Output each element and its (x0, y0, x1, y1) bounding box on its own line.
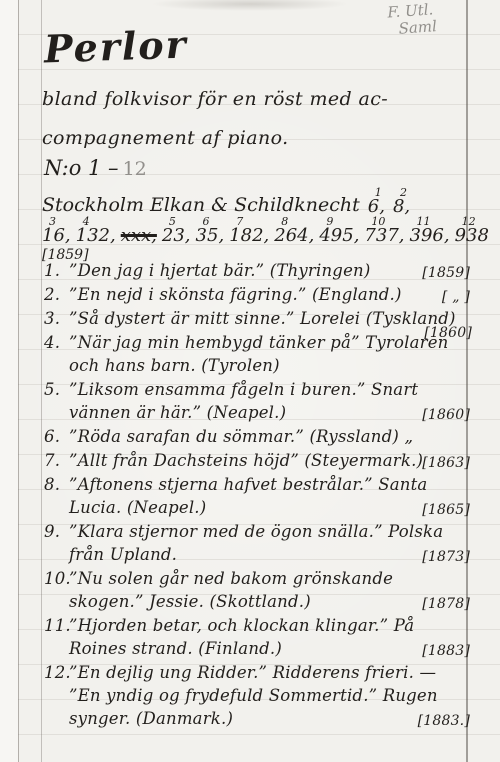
plate-number-value: 396, (410, 226, 450, 245)
scanned-manuscript-page: F. Utl. Saml Perlor bland folkvisor för … (0, 0, 500, 762)
list-item: 7. ”Allt från Dachsteins höjd” (Steyerma… (44, 449, 456, 472)
list-item: 6. ”Röda sarafan du sömmar.” (Ryssland) … (44, 425, 456, 448)
entry-number: 9. (44, 520, 60, 543)
entry-number: 11. (44, 614, 71, 637)
entry-number: 12. (44, 661, 71, 684)
list-item: 4. ”När jag min hembygd tänker på” Tyrol… (44, 331, 456, 377)
plate-number-value: 182, (229, 226, 269, 245)
plate-number-value: 495, (319, 226, 359, 245)
entry-number: 3. (44, 307, 60, 330)
plate-number: 16, (368, 188, 385, 216)
plate-number: 635, (196, 217, 225, 245)
plate-number: 11396, (410, 217, 450, 245)
catalog-number-label: N:o 1 – (44, 156, 119, 180)
plate-number: 7182, (229, 217, 269, 245)
entry-title: ”Klara stjernor med de ögon snälla.” Pol… (69, 522, 443, 564)
margin-line-left-outer (18, 0, 19, 762)
entry-year: [1878] (422, 596, 470, 612)
page-left-edge (0, 0, 18, 762)
catalog-number-line: N:o 1 –12 (44, 156, 147, 180)
entry-year: [1865] (422, 502, 470, 518)
list-item: 1. ”Den jag i hjertat bär.” (Thyringen) … (44, 259, 456, 282)
entry-year: [1859] (422, 265, 470, 281)
list-item: 2. ”En nejd i skönsta fägring.” (England… (44, 283, 456, 306)
publisher-name: Stockholm Elkan & Schildknecht (42, 194, 360, 216)
entry-title: ”När jag min hembygd tänker på” Tyrolare… (69, 333, 449, 375)
plate-number: 8264, (274, 217, 314, 245)
entry-number: 4. (44, 331, 60, 354)
plate-number-value: 35, (196, 226, 225, 245)
page-title: Perlor (43, 22, 188, 72)
publisher-line: Stockholm Elkan & Schildknecht16,28, (42, 188, 410, 216)
plate-number-value: 132, (76, 226, 116, 245)
margin-line-left-inner (41, 0, 42, 762)
plate-number-value: xxx, (121, 226, 157, 245)
entry-year: [1883] (422, 643, 470, 659)
entry-title: ”Röda sarafan du sömmar.” (Ryssland) „ (69, 427, 413, 446)
entry-number: 8. (44, 473, 60, 496)
list-item: 12. ”En dejlig ung Ridder.” Ridderens fr… (44, 661, 456, 730)
plate-number: 10737, (364, 217, 404, 245)
entry-title: ”Liksom ensamma fågeln i buren.” Snart v… (69, 380, 418, 422)
plate-number-value: 8, (393, 197, 410, 216)
catalog-number-pencil: 12 (123, 158, 147, 180)
entry-year: [1883.] (418, 713, 470, 729)
plate-number-value: 264, (274, 226, 314, 245)
plate-number: 12938 (455, 217, 489, 245)
plate-number-struck: xxx, (121, 217, 157, 245)
plate-number: 523, (162, 217, 191, 245)
list-item: 5. ”Liksom ensamma fågeln i buren.” Snar… (44, 378, 456, 424)
plate-number-value: 938 (455, 226, 489, 245)
entry-title: ”En nejd i skönsta fägring.” (England.) (69, 285, 402, 304)
list-item: 8. ”Aftonens stjerna hafvet bestrålar.” … (44, 473, 456, 519)
entry-title: ”En dejlig ung Ridder.” Ridderens frieri… (69, 663, 438, 728)
plate-number-value: 737, (364, 226, 404, 245)
entry-title: ”Den jag i hjertat bär.” (Thyringen) (69, 261, 371, 280)
subtitle-line1: bland folkvisor för en röst med ac- (42, 88, 388, 110)
entry-title: ”Hjorden betar, och klockan klingar.” På… (69, 616, 414, 658)
subtitle-line2: compagnement af piano. (42, 127, 289, 149)
entry-number: 5. (44, 378, 60, 401)
entry-year: [ „ ] (442, 289, 470, 305)
entry-number: 2. (44, 283, 60, 306)
list-item: 11. ”Hjorden betar, och klockan klingar.… (44, 614, 456, 660)
entry-year: [1863] (422, 455, 470, 471)
entry-number: 7. (44, 449, 60, 472)
plate-numbers-line: 316,4132,xxx,523,635,7182,8264,9495,1073… (42, 217, 494, 245)
entry-title: ”Nu solen går ned bakom grönskande skoge… (69, 569, 393, 611)
plate-number: 9495, (319, 217, 359, 245)
pencil-annotation: F. Utl. Saml (387, 0, 459, 38)
song-list: 1. ”Den jag i hjertat bär.” (Thyringen) … (44, 259, 456, 731)
entry-year: [1873] (422, 549, 470, 565)
entry-number: 1. (44, 259, 60, 282)
plate-number-value: 6, (368, 197, 385, 216)
list-item: 10. ”Nu solen går ned bakom grönskande s… (44, 567, 456, 613)
entry-title: ”Allt från Dachsteins höjd” (Steyermark.… (69, 451, 423, 470)
entry-number: 10. (44, 567, 71, 590)
plate-number-value: 16, (42, 226, 71, 245)
plate-number: 316, (42, 217, 71, 245)
entry-year: [1860] (422, 407, 470, 423)
plate-number: 28, (393, 188, 410, 216)
entry-title: ”Så dystert är mitt sinne.” Lorelei (Tys… (69, 309, 456, 328)
plate-number-value: 23, (162, 226, 191, 245)
entry-number: 6. (44, 425, 60, 448)
entry-title: ”Aftonens stjerna hafvet bestrålar.” San… (69, 475, 427, 517)
list-item: 3. ”Så dystert är mitt sinne.” Lorelei (… (44, 307, 456, 330)
list-item: 9. ”Klara stjernor med de ögon snälla.” … (44, 520, 456, 566)
plate-number: 4132, (76, 217, 116, 245)
